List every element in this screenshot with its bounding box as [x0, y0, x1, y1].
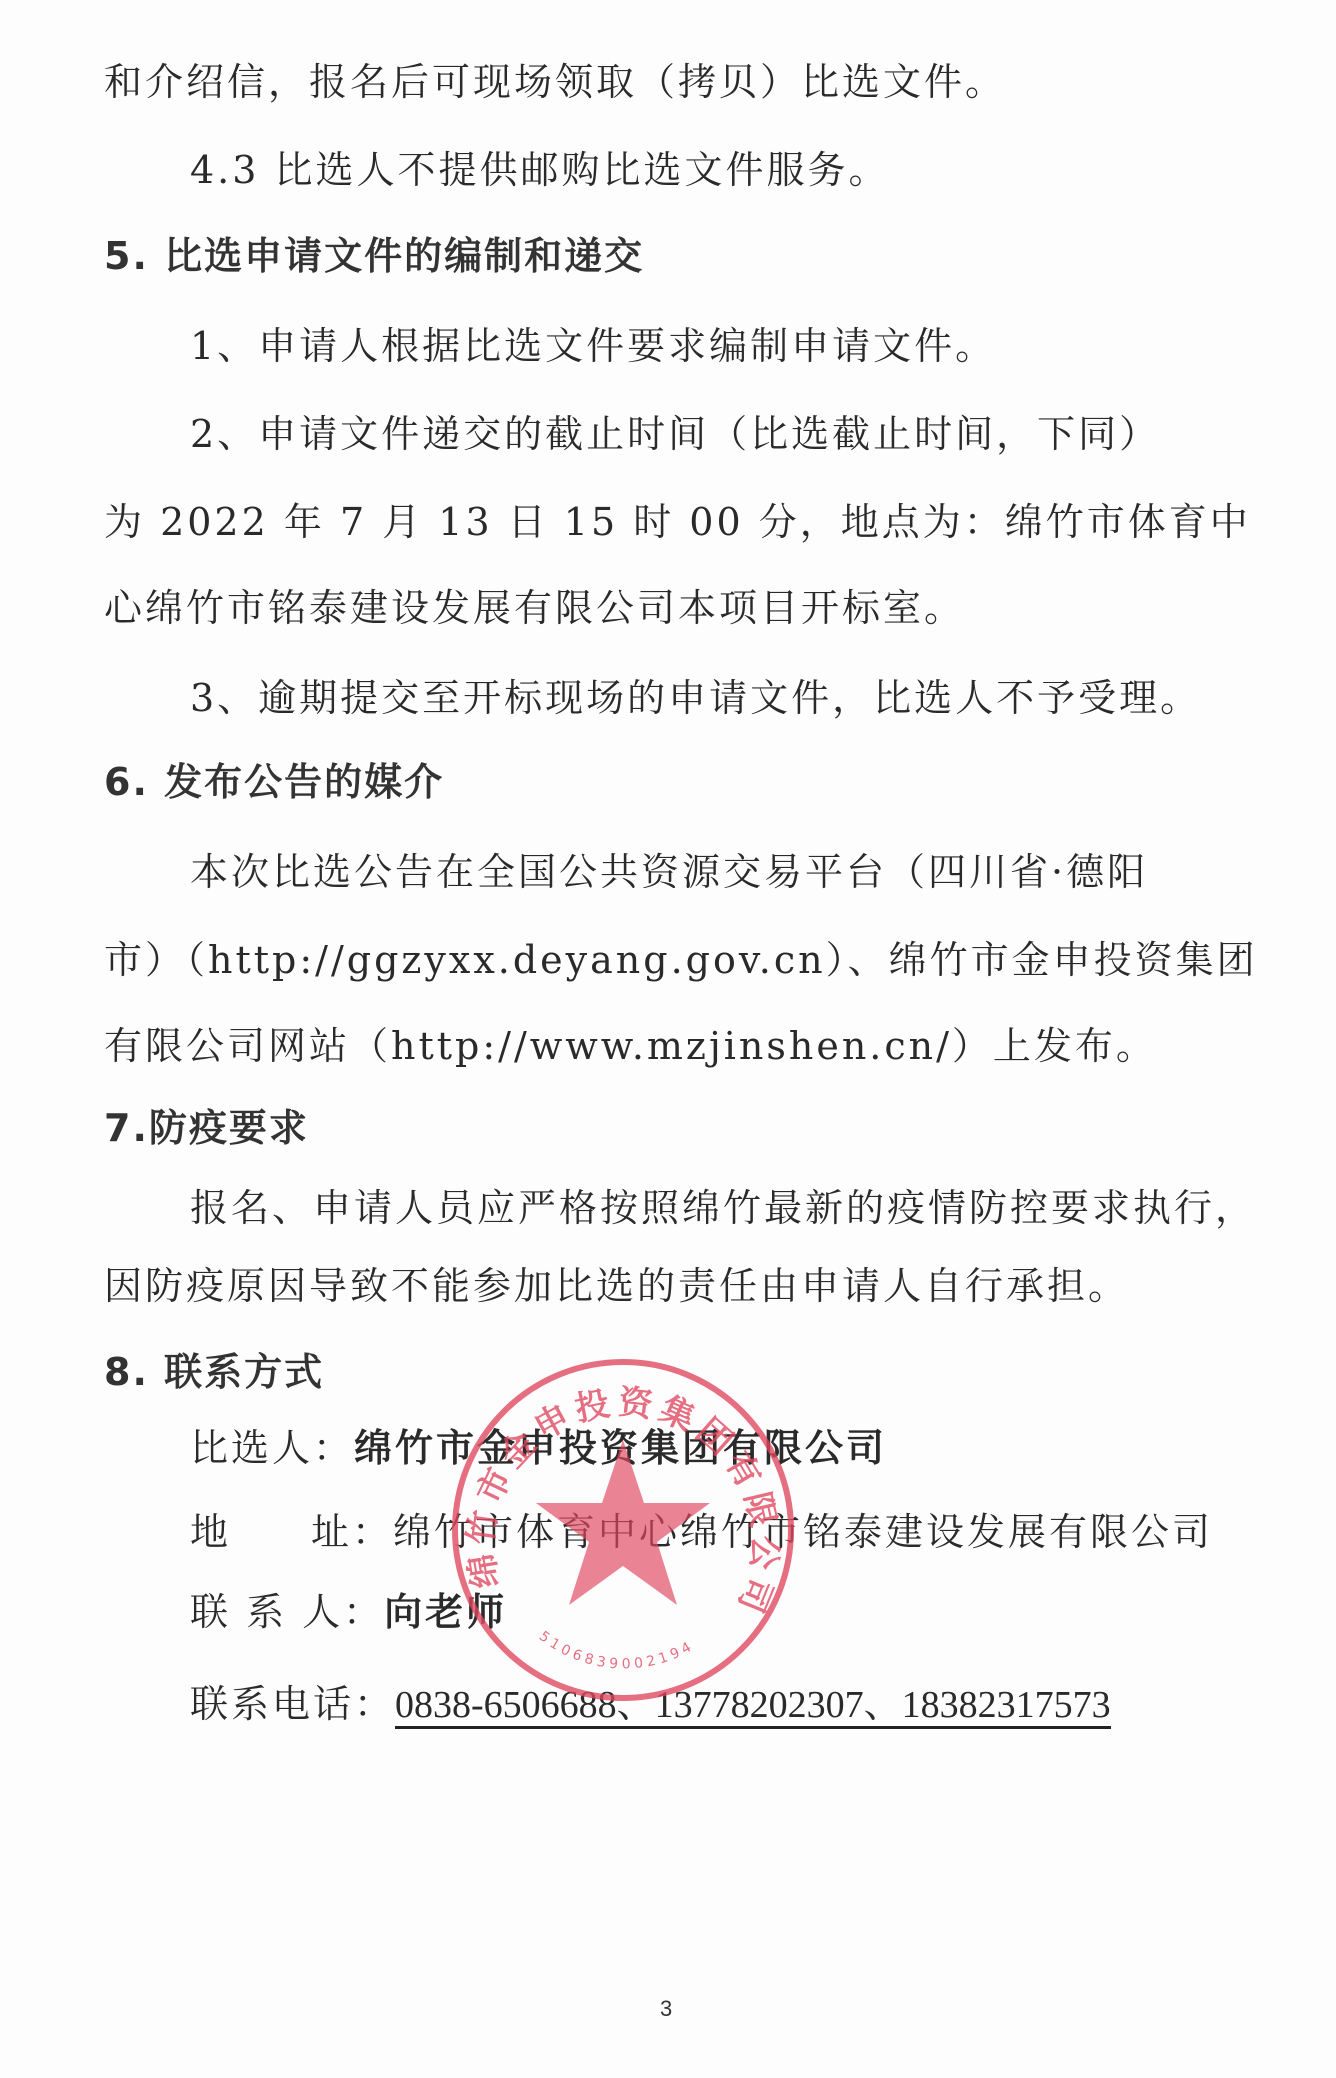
- address-label-start: 地: [190, 1510, 231, 1554]
- section-heading-8: 8. 联系方式: [104, 1348, 324, 1396]
- selector-label: 比选人：: [190, 1426, 354, 1470]
- paragraph-line: 3、逾期提交至开标现场的申请文件，比选人不予受理。: [190, 674, 1201, 722]
- paragraph-line: 4.3 比选人不提供邮购比选文件服务。: [190, 146, 890, 194]
- document-page: 和介绍信，报名后可现场领取（拷贝）比选文件。 4.3 比选人不提供邮购比选文件服…: [0, 0, 1336, 2078]
- contact-selector-row: 比选人：绵竹市金申投资集团有限公司: [190, 1424, 887, 1472]
- section-heading-6: 6. 发布公告的媒介: [104, 758, 444, 806]
- phone-label: 联系电话：: [190, 1682, 395, 1726]
- contact-address-row: 地址：绵竹市体育中心绵竹市铭泰建设发展有限公司: [190, 1508, 1213, 1556]
- contact-phone-row: 联系电话：0838-6506688、13778202307、1838231757…: [190, 1680, 1111, 1729]
- paragraph-line: 2、申请文件递交的截止时间（比选截止时间，下同）: [190, 410, 1160, 458]
- svg-text:绵竹市金申投资集团有限公司: 绵竹市金申投资集团有限公司: [461, 1382, 785, 1623]
- address-label-end: 址：: [311, 1510, 393, 1554]
- page-number: 3: [660, 1996, 672, 2022]
- paragraph-line: 1、申请人根据比选文件要求编制申请文件。: [190, 322, 996, 370]
- section-heading-7: 7.防疫要求: [104, 1104, 309, 1152]
- paragraph-line: 市）（http://ggzyxx.deyang.gov.cn）、绵竹市金申投资集…: [104, 936, 1258, 984]
- section-heading-5: 5. 比选申请文件的编制和递交: [104, 232, 644, 280]
- paragraph-line: 心绵竹市铭泰建设发展有限公司本项目开标室。: [104, 584, 965, 632]
- paragraph-line: 为 2022 年 7 月 13 日 15 时 00 分，地点为：绵竹市体育中: [104, 498, 1251, 546]
- paragraph-line: 因防疫原因导致不能参加比选的责任由申请人自行承担。: [104, 1262, 1129, 1310]
- contact-label: 联 系 人：: [190, 1590, 384, 1634]
- contact-person-row: 联 系 人：向老师: [190, 1588, 507, 1636]
- address-value: 绵竹市体育中心绵竹市铭泰建设发展有限公司: [393, 1510, 1213, 1554]
- paragraph-line: 有限公司网站（http://www.mzjinshen.cn/）上发布。: [104, 1022, 1157, 1070]
- paragraph-line: 和介绍信，报名后可现场领取（拷贝）比选文件。: [104, 58, 1006, 106]
- phone-value: 0838-6506688、13778202307、18382317573: [395, 1684, 1111, 1729]
- paragraph-line: 报名、申请人员应严格按照绵竹最新的疫情防控要求执行，: [190, 1184, 1256, 1232]
- paragraph-line: 本次比选公告在全国公共资源交易平台（四川省·德阳: [190, 848, 1148, 896]
- contact-value: 向老师: [384, 1590, 507, 1634]
- selector-value: 绵竹市金申投资集团有限公司: [354, 1426, 887, 1470]
- svg-text:5106839002194: 5106839002194: [536, 1628, 698, 1672]
